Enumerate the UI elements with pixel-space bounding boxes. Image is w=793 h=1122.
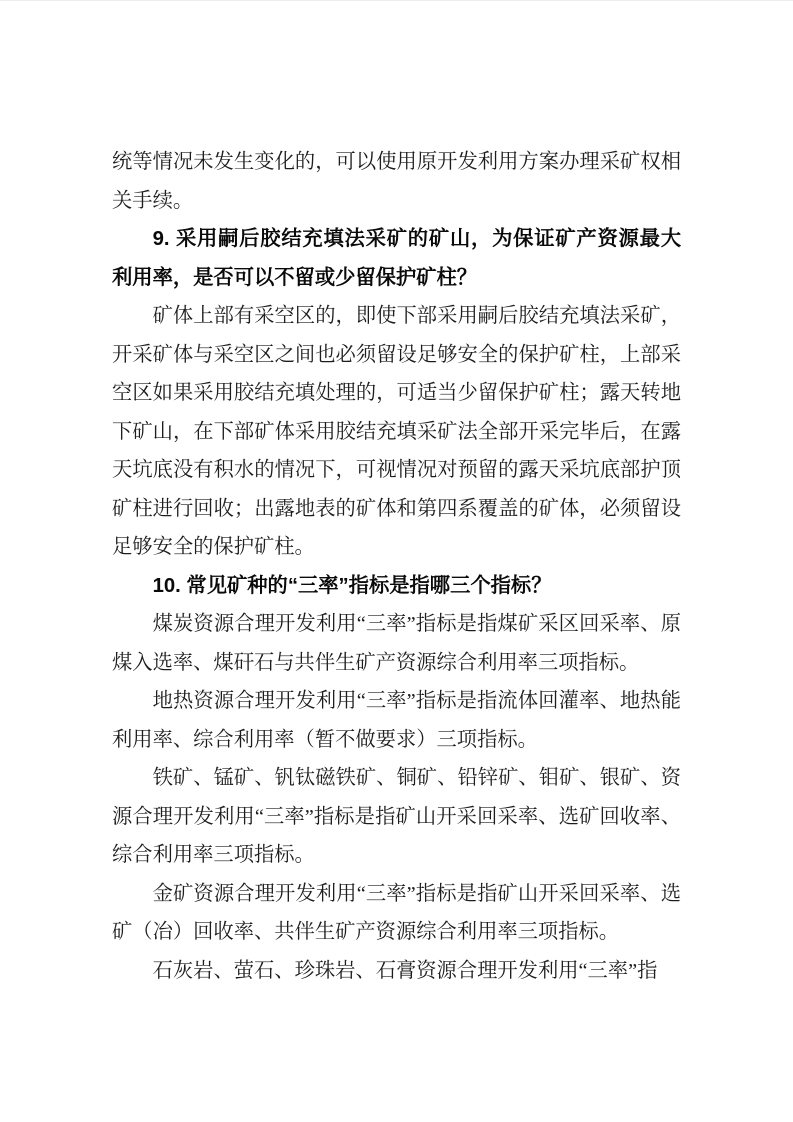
question-10-heading: 10. 常见矿种的“三率”指标是指哪三个指标？ [112, 567, 681, 606]
document-page: 统等情况未发生变化的，可以使用原开发利用方案办理采矿权相关手续。 9. 采用嗣后… [0, 0, 793, 1122]
document-text-block: 统等情况未发生变化的，可以使用原开发利用方案办理采矿权相关手续。 9. 采用嗣后… [112, 143, 681, 990]
answer-10-metal-ores-paragraph: 铁矿、锰矿、钒钛磁铁矿、铜矿、铅锌矿、钼矿、银矿、资源合理开发利用“三率”指标是… [112, 759, 681, 875]
answer-10-gold-paragraph: 金矿资源合理开发利用“三率”指标是指矿山开采回采率、选矿（冶）回收率、共伴生矿产… [112, 875, 681, 952]
answer-10-coal-paragraph: 煤炭资源合理开发利用“三率”指标是指煤矿采区回采率、原煤入选率、煤矸石与共伴生矿… [112, 605, 681, 682]
answer-10-geothermal-paragraph: 地热资源合理开发利用“三率”指标是指流体回灌率、地热能利用率、综合利用率（暂不做… [112, 682, 681, 759]
answer-10-nonmetal-paragraph-truncated: 石灰岩、萤石、珍珠岩、石膏资源合理开发利用“三率”指 [112, 952, 681, 991]
question-9-heading: 9. 采用嗣后胶结充填法采矿的矿山，为保证矿产资源最大利用率，是否可以不留或少留… [112, 220, 681, 297]
answer-9-paragraph: 矿体上部有采空区的，即使下部采用嗣后胶结充填法采矿，开采矿体与采空区之间也必须留… [112, 297, 681, 567]
continuation-paragraph: 统等情况未发生变化的，可以使用原开发利用方案办理采矿权相关手续。 [112, 143, 681, 220]
